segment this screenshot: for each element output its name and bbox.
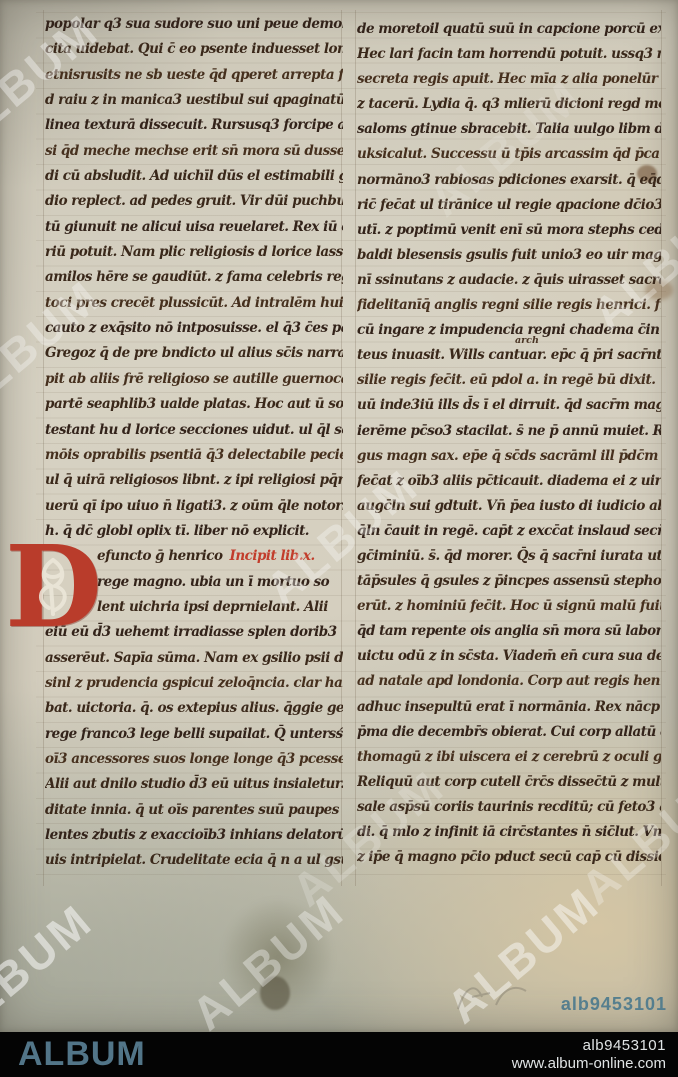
manuscript-line: partē seaphlib3 ualde platas. Hoc aut ū … xyxy=(45,391,343,418)
pencil-mark xyxy=(452,975,532,1015)
album-watermark: ALBUM xyxy=(181,883,354,1032)
stain xyxy=(260,976,290,1010)
manuscript-line: z tacerū. Lydia q̄. q3 mlierū dicioni re… xyxy=(357,92,661,119)
manuscript-line: testant hu d lorice secciones uidut. ul … xyxy=(45,417,343,444)
manuscript-line: ierēme pc̄so3 stacilat. s̄ ne p̄ annū mu… xyxy=(357,418,661,445)
footer-website-url: www.album-online.com xyxy=(512,1055,666,1073)
ruling-line-vertical xyxy=(355,10,356,886)
manuscript-line: secreta regis apuit. Hec mīa z alia pone… xyxy=(357,66,661,93)
stock-photo-page: popolar q3 sua sudore suo uni peue demol… xyxy=(0,0,678,1077)
album-logo: ALBUM xyxy=(18,1032,146,1077)
manuscript-line: tū giunuit ne alicui uisa reuelaret. Rex… xyxy=(45,214,343,241)
album-watermark: ALBUM xyxy=(0,893,103,1032)
manuscript-line: di. q̄ mlo z infinit iā circ̄stantes n̄ … xyxy=(357,819,661,846)
manuscript-line: gc̄iminiū. s̄. q̄d morer. Q̄s q̄ sacr̄ni… xyxy=(357,543,661,570)
manuscript-line: de moretoil quatū suū in capcione porcū … xyxy=(357,16,661,43)
manuscript-line: etnisrusits ne sb ueste q̄d qperet arrep… xyxy=(45,62,343,89)
manuscript-line: ul q̄ uirā religiosos libnt. z ipi relig… xyxy=(45,467,343,494)
manuscript-line: rege franco3 lege belli supailat. Q̄ unt… xyxy=(45,721,343,748)
manuscript-line: gus magn sax. ep̄e q̄ sc̄ds sacrāml ill … xyxy=(357,443,661,470)
left-text-column: popolar q3 sua sudore suo uni peue demol… xyxy=(45,12,343,874)
manuscript-line: z ip̄e q̄ magno pc̄io pduct secū cap̄ cū… xyxy=(357,844,661,871)
manuscript-line: q̄d tam repente ois anglia sn̄ mora sū l… xyxy=(357,618,661,645)
manuscript-line: sale asp̄sū coriis taurinis recditū; cū … xyxy=(357,794,661,821)
manuscript-line: lentes zbutis z exaccioīb3 inhians delat… xyxy=(45,822,343,849)
ruling-line-vertical xyxy=(661,10,662,886)
manuscript-line: adhuc insepultū erat ī normānia. Rex nāc… xyxy=(357,694,661,721)
image-code-overlay: alb9453101 xyxy=(561,994,667,1015)
manuscript-line: Alii aut dnilo studio d̄3 eū uitus insia… xyxy=(45,772,343,799)
manuscript-line: dio replect. ad pedes gruit. Vir dūi puc… xyxy=(45,189,343,216)
manuscript-line: p̄ma die decembr̄s obierat. Cui corp all… xyxy=(357,719,661,746)
manuscript-line: uictu odū z in sc̄sta. Viadem̄ en̄ cura … xyxy=(357,644,661,671)
manuscript-line: ad natale apd londonia. Corp aut regis h… xyxy=(357,669,661,696)
manuscript-line: Reliquū aut corp cutell c̄rc̄s dissec̄tū… xyxy=(357,769,661,796)
manuscript-line: baldi blesensis gsulis fuit unio3 eo uir… xyxy=(357,242,661,269)
manuscript-line: Hec lari facin tam horrendū potuit. ussq… xyxy=(357,41,661,68)
manuscript-line: uksicalut. Successu ū tp̄is arcassim q̄d… xyxy=(357,142,661,169)
drop-cap-initial-d: D xyxy=(5,538,97,646)
manuscript-line: toci pres crecēt plussicūt. Ad intralēm … xyxy=(45,290,343,317)
manuscript-line: uū inde3iū ills d̄s ī el dirruit. q̄d sa… xyxy=(357,393,661,420)
ruling-line-vertical xyxy=(43,10,44,886)
manuscript-line: d raiu z in manica3 uestibul sui qpagina… xyxy=(45,87,343,114)
manuscript-line: popolar q3 sua sudore suo uni peue demol… xyxy=(45,11,343,38)
incipit-line-black: efuncto ḡ henrico xyxy=(97,548,223,565)
manuscript-line: bat. uictoria. q̄. os extepius alius. q̄… xyxy=(45,696,343,723)
manuscript-line: saloms gtinue sbracebit. Talia uulgo lib… xyxy=(357,117,661,144)
left-upper-lines: popolar q3 sua sudore suo uni peue demol… xyxy=(45,12,343,544)
manuscript-line: augc̄ln sui gdtuit. Vn̄ p̄ea iusto di iu… xyxy=(357,493,661,520)
rubric-incipit: Incipit lib.x. xyxy=(223,548,315,565)
initial-section: D efuncto ḡ henricoIncipit lib.x. rege m… xyxy=(45,544,343,620)
manuscript-line: cū ingare z impudencia regni chadema c̄i… xyxy=(357,317,661,344)
interlinear-note: arch xyxy=(515,335,539,346)
manuscript-line: si q̄d meche mechse erit sn̄ mora sū dus… xyxy=(45,138,343,165)
manuscript-line: teus inuasit. Wills cantuar. ep̄c q̄ p̄r… xyxy=(357,342,661,369)
manuscript-line: silie regis fec̄it. eū pdol a. in regē b… xyxy=(357,368,661,395)
manuscript-line: cita uidebat. Qui c̄ eo psente induesset… xyxy=(45,37,343,64)
footer-image-code: alb9453101 xyxy=(512,1037,666,1055)
manuscript-line: sinl z prudencia gspicui zeloq̄ncia. cla… xyxy=(45,670,343,697)
footer-bar: ALBUM alb9453101 www.album-online.com xyxy=(0,1032,678,1077)
manuscript-line: uerū qī ipo uiuo n̄ ligati3. z oūm q̄le … xyxy=(45,493,343,520)
manuscript-line: riū potuit. Nam plic religiosis d lorice… xyxy=(45,239,343,266)
manuscript-line: ric̄ fec̄at ul tirānice ul regie qpacion… xyxy=(357,192,661,219)
manuscript-line: linea texturā dissecuit. Rursusq3 forcip… xyxy=(45,113,343,140)
right-text-column: de moretoil quatū suū in capcione porcū … xyxy=(357,17,661,870)
right-lines: de moretoil quatū suū in capcione porcū … xyxy=(357,17,661,870)
manuscript-line: utī. z poptimū venit enī sū mora stephs … xyxy=(357,217,661,244)
manuscript-line: erūt. z hominiū fec̄it. Hoc ū signū malū… xyxy=(357,593,661,620)
manuscript-line: uis intripielat. Crudelitate ecia q̄ n a… xyxy=(45,848,343,875)
manuscript-line: fidelitanīq̄ anglis regni silie regis he… xyxy=(357,292,661,319)
manuscript-line: Gregoz q̄ de pre bndicto ul alius sc̄is … xyxy=(45,341,343,368)
manuscript-line: thomagū z ibi uiscera ei z cerebrū z ocu… xyxy=(357,744,661,771)
footer-info: alb9453101 www.album-online.com xyxy=(512,1037,666,1073)
manuscript-line: di cū absludit. Ad uichīl dūs el estimab… xyxy=(45,163,343,190)
manuscript-line: cauto z exq̄sito nō intposuisse. el q̄3 … xyxy=(45,315,343,342)
left-lower-lines: eiū eū d̄3 uehemt irradiasse splen dorib… xyxy=(45,620,343,873)
manuscript-line: fec̄at z oīb3 aliis pc̄ticauit. diadema … xyxy=(357,468,661,495)
manuscript-line: mōis oprabilis psentiā q̄3 delectabile p… xyxy=(45,442,343,469)
manuscript-photo: popolar q3 sua sudore suo uni peue demol… xyxy=(0,0,678,1032)
manuscript-line: pit ab aliis frē religioso se autille gu… xyxy=(45,366,343,393)
manuscript-line: oī3 ancessores suos longe longe q̄3 pces… xyxy=(45,746,343,773)
manuscript-line: q̄ln c̄auit in regē. cap̄t z excc̄at ins… xyxy=(357,518,661,545)
foliate-ornament-icon xyxy=(27,554,79,622)
manuscript-line: tāp̄sules q̄ gsules z p̄incpes assensū s… xyxy=(357,568,661,595)
manuscript-line: normāno3 rabiosas pdiciones exarsit. q̄ … xyxy=(357,167,661,194)
manuscript-line: ditate innia. q̄ ut oīs parentes suū pau… xyxy=(45,797,343,824)
manuscript-line: nī ssinutans z audacie. z q̄uis uirasset… xyxy=(357,267,661,294)
manuscript-line: amilos hēre se gaudiūt. z fama celebris … xyxy=(45,265,343,292)
stain xyxy=(222,898,334,1016)
